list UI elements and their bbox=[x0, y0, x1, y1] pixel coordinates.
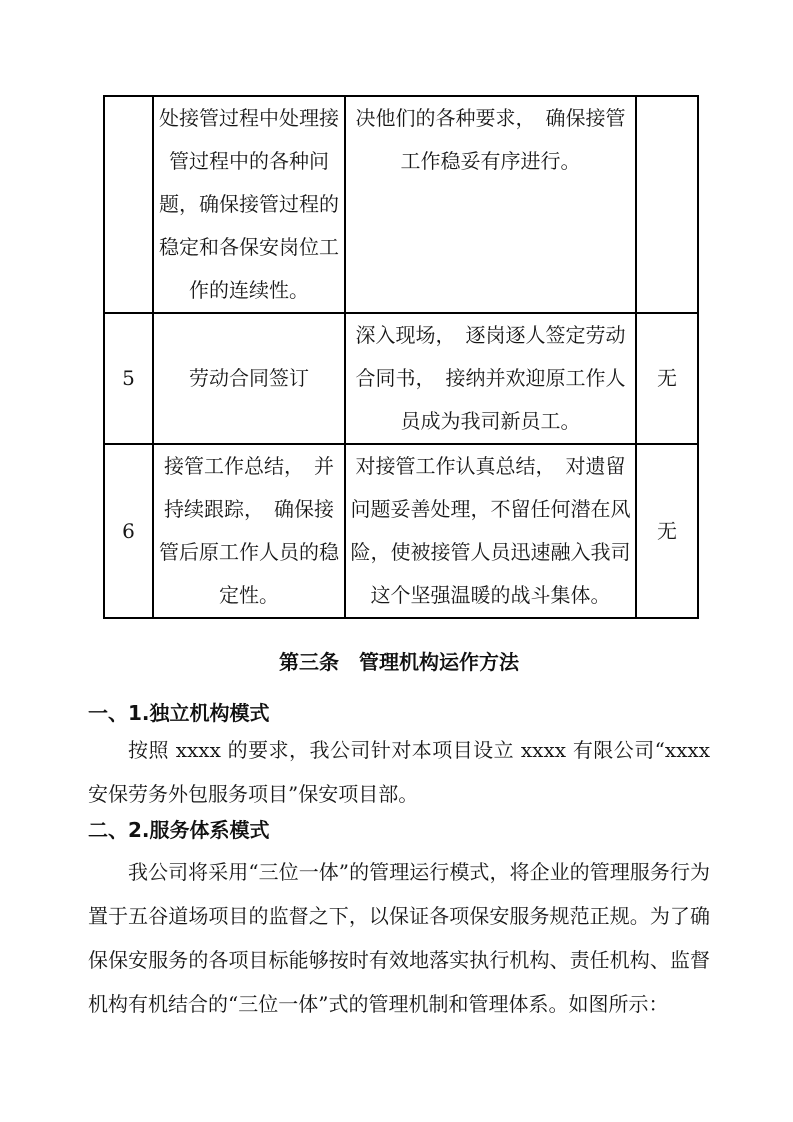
section-heading-independent-org-mode: 一、1.独立机构模式 bbox=[88, 699, 710, 727]
cell-task: 接管工作总结， 并持续跟踪， 确保接管后原工作人员的稳定性。 bbox=[153, 444, 345, 618]
cell-remark: 无 bbox=[636, 444, 698, 618]
cell-description: 对接管工作认真总结， 对遗留问题妥善处理，不留任何潜在风险，使被接管人员迅速融入… bbox=[345, 444, 636, 618]
cell-task: 劳动合同签订 bbox=[153, 313, 345, 444]
cell-description: 深入现场， 逐岗逐人签定劳动合同书， 接纳并欢迎原工作人员成为我司新员工。 bbox=[345, 313, 636, 444]
section-heading-service-system-mode: 二、2.服务体系模式 bbox=[88, 816, 710, 844]
cell-task: 处接管过程中处理接管过程中的各种问题，确保接管过程的稳定和各保安岗位工作的连续性… bbox=[153, 96, 345, 313]
paragraph-independent-org-mode: 按照 xxxx 的要求，我公司针对本项目设立 xxxx 有限公司“xxxx 安保… bbox=[88, 728, 710, 816]
cell-remark: 无 bbox=[636, 313, 698, 444]
cell-remark bbox=[636, 96, 698, 313]
table-row-5: 5 劳动合同签订 深入现场， 逐岗逐人签定劳动合同书， 接纳并欢迎原工作人员成为… bbox=[104, 313, 698, 444]
document-page: 处接管过程中处理接管过程中的各种问题，确保接管过程的稳定和各保安岗位工作的连续性… bbox=[0, 0, 793, 1122]
cell-seq bbox=[104, 96, 153, 313]
chapter-heading: 第三条 管理机构运作方法 bbox=[88, 646, 710, 678]
takeover-steps-table: 处接管过程中处理接管过程中的各种问题，确保接管过程的稳定和各保安岗位工作的连续性… bbox=[103, 95, 699, 619]
paragraph-service-system-mode: 我公司将采用“三位一体”的管理运行模式，将企业的管理服务行为置于五谷道场项目的监… bbox=[88, 850, 710, 1026]
cell-seq: 6 bbox=[104, 444, 153, 618]
cell-seq: 5 bbox=[104, 313, 153, 444]
cell-description: 决他们的各种要求， 确保接管工作稳妥有序进行。 bbox=[345, 96, 636, 313]
table-row-continuation: 处接管过程中处理接管过程中的各种问题，确保接管过程的稳定和各保安岗位工作的连续性… bbox=[104, 96, 698, 313]
text-content: 第三条 管理机构运作方法 一、1.独立机构模式 按照 xxxx 的要求，我公司针… bbox=[88, 607, 710, 1026]
table-row-6: 6 接管工作总结， 并持续跟踪， 确保接管后原工作人员的稳定性。 对接管工作认真… bbox=[104, 444, 698, 618]
